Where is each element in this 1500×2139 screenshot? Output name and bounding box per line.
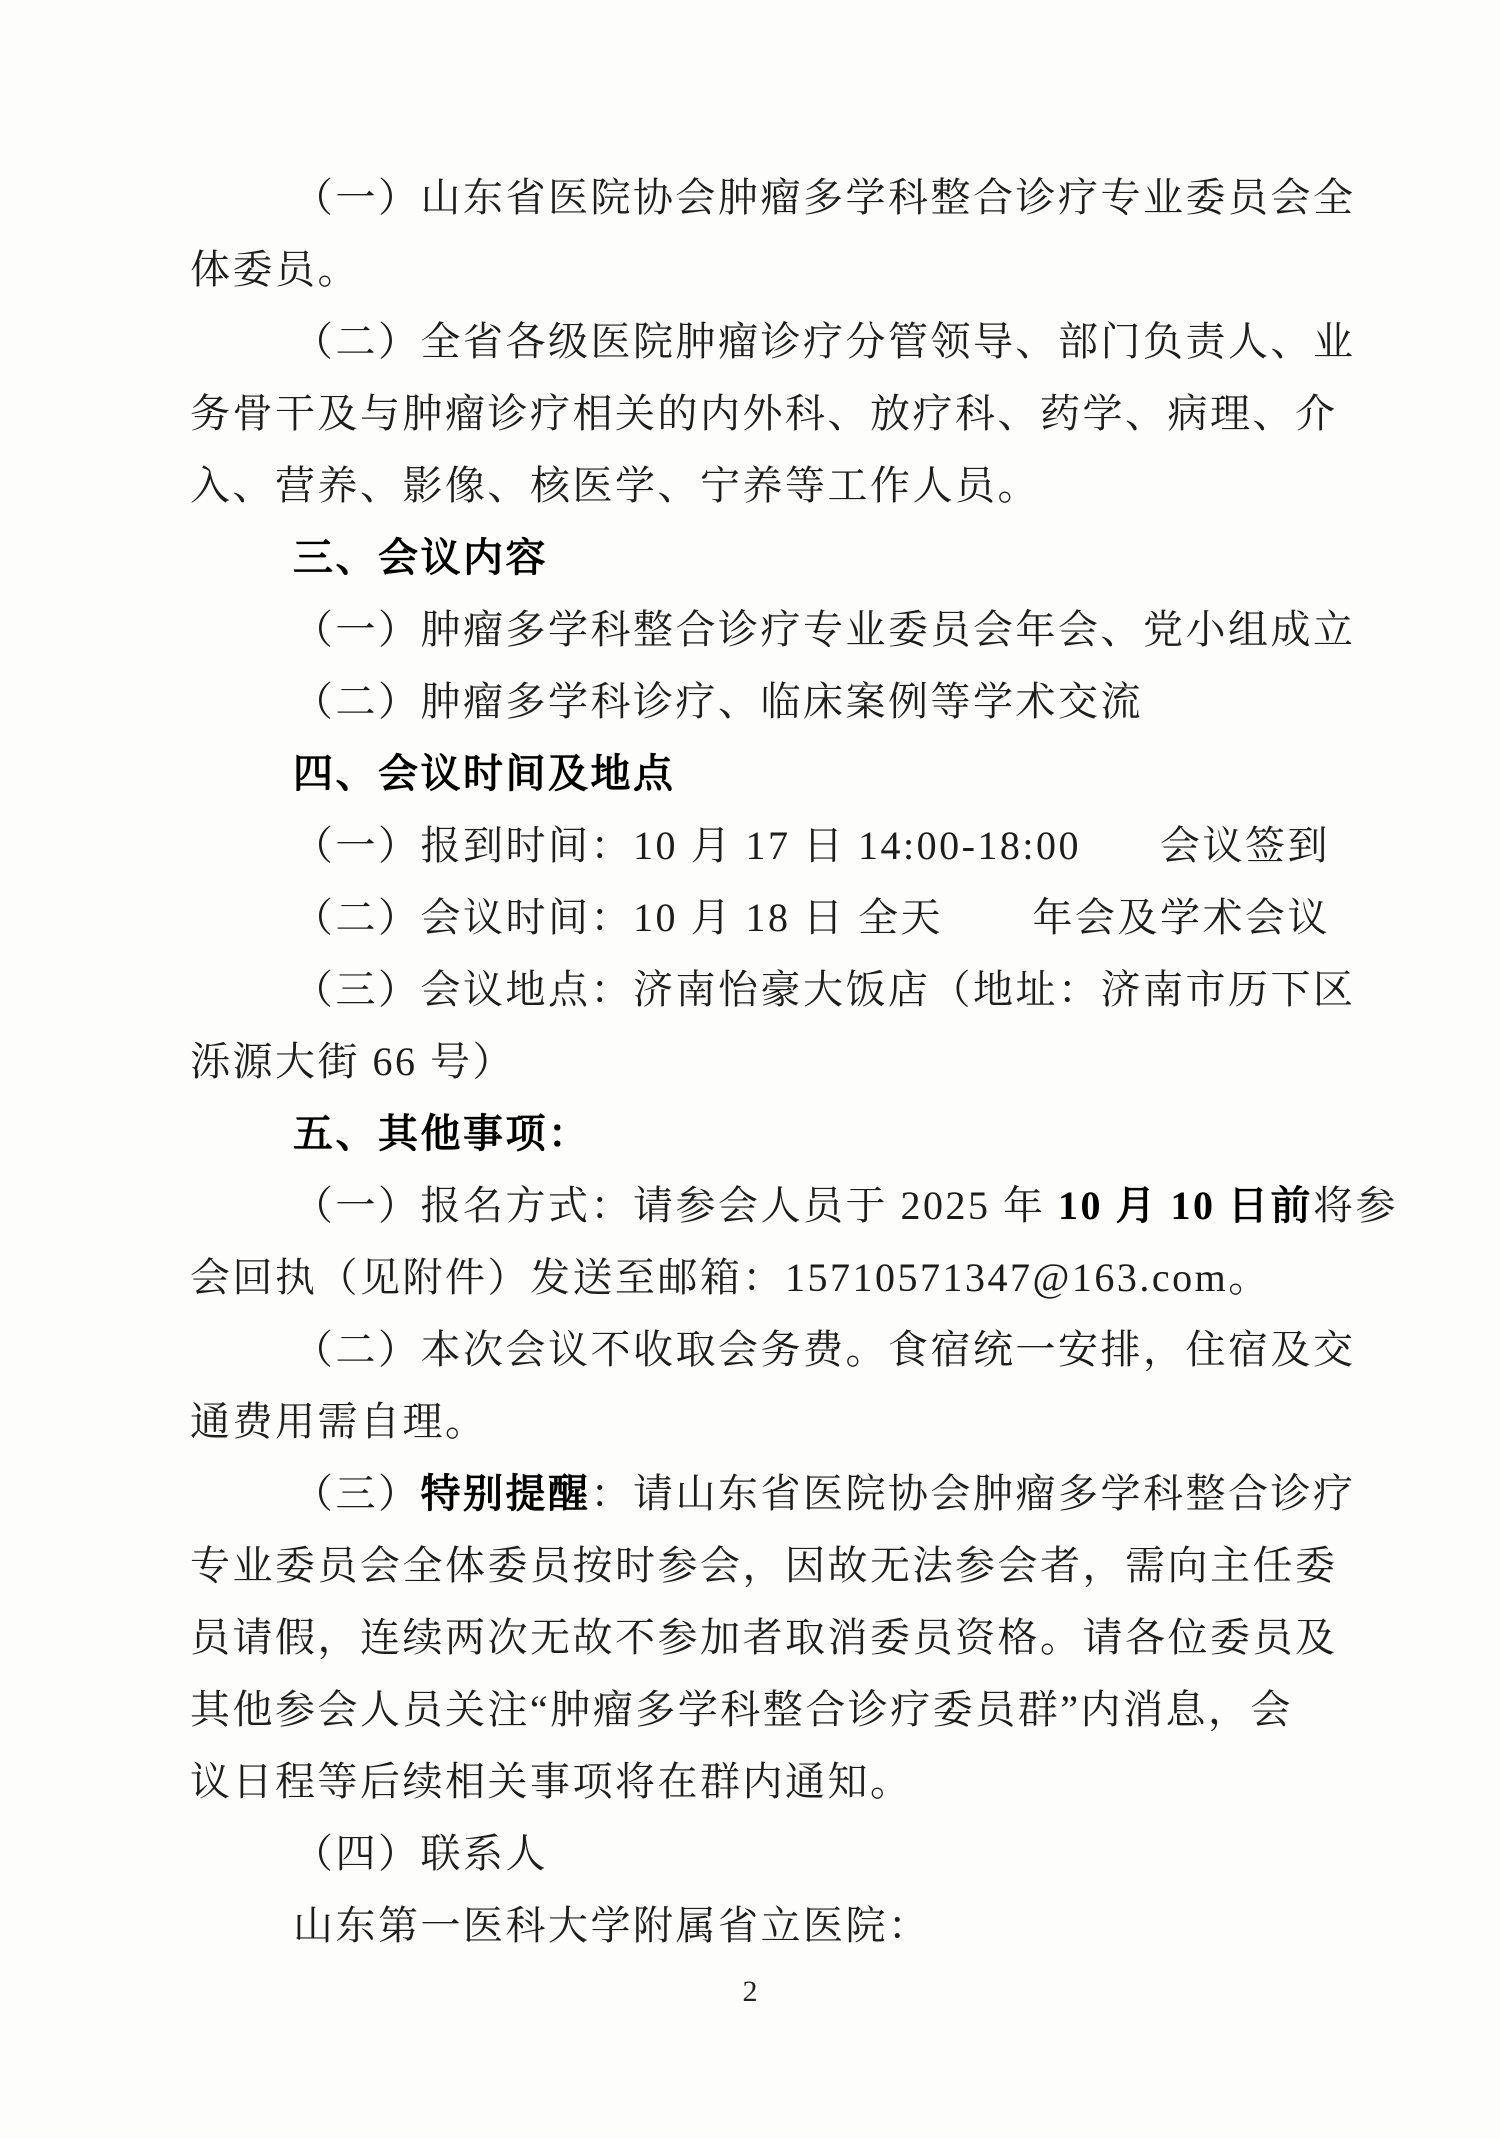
line-text: 四、会议时间及地点 bbox=[293, 752, 676, 796]
line-text: 通费用需自理。 bbox=[190, 1399, 488, 1444]
document-line: （二）本次会议不收取会务费。食宿统一安排，住宿及交 bbox=[190, 1314, 1330, 1386]
document-line: 体委员。 bbox=[190, 234, 1330, 306]
document-line: 务骨干及与肿瘤诊疗相关的内外科、放疗科、药学、病理、介 bbox=[190, 378, 1330, 450]
document-line: （二）肿瘤多学科诊疗、临床案例等学术交流 bbox=[190, 666, 1330, 738]
line-text: 特别提醒 bbox=[421, 1472, 591, 1516]
line-text: 泺源大街 66 号） bbox=[190, 1039, 515, 1084]
line-text: （一）肿瘤多学科整合诊疗专业委员会年会、党小组成立 bbox=[293, 607, 1356, 652]
document-line: 专业委员会全体委员按时参会，因故无法参会者，需向主任委 bbox=[190, 1530, 1330, 1602]
schedule-item-label: （一）报到时间：10 月 17 日 14:00-18:00 bbox=[293, 810, 1081, 882]
line-text: 员请假，连续两次无故不参加者取消委员资格。请各位委员及 bbox=[190, 1615, 1338, 1660]
line-text: （一）报名方式：请参会人员于 2025 年 bbox=[293, 1183, 1058, 1228]
line-text: 其他参会人员关注“肿瘤多学科整合诊疗委员群”内消息，会 bbox=[190, 1687, 1293, 1732]
document-page: （一）山东省医院协会肿瘤多学科整合诊疗专业委员会全体委员。（二）全省各级医院肿瘤… bbox=[0, 0, 1500, 2139]
document-body: （一）山东省医院协会肿瘤多学科整合诊疗专业委员会全体委员。（二）全省各级医院肿瘤… bbox=[190, 162, 1330, 1962]
document-line: 其他参会人员关注“肿瘤多学科整合诊疗委员群”内消息，会 bbox=[190, 1674, 1330, 1746]
document-line: （二）全省各级医院肿瘤诊疗分管领导、部门负责人、业 bbox=[190, 306, 1330, 378]
document-line: 泺源大街 66 号） bbox=[190, 1026, 1330, 1098]
line-text: （三） bbox=[293, 1471, 421, 1516]
schedule-item-note: 会议签到 bbox=[1160, 810, 1330, 882]
line-text: 将参 bbox=[1313, 1183, 1398, 1228]
line-text: （二）肿瘤多学科诊疗、临床案例等学术交流 bbox=[293, 679, 1143, 724]
document-line: 山东第一医科大学附属省立医院： bbox=[190, 1890, 1330, 1962]
document-line: （三）特别提醒：请山东省医院协会肿瘤多学科整合诊疗 bbox=[190, 1458, 1330, 1530]
line-text: （二）全省各级医院肿瘤诊疗分管领导、部门负责人、业 bbox=[293, 319, 1356, 364]
document-line: （三）会议地点：济南怡豪大饭店（地址：济南市历下区 bbox=[190, 954, 1330, 1026]
document-line: 通费用需自理。 bbox=[190, 1386, 1330, 1458]
line-text: 三、会议内容 bbox=[293, 536, 548, 580]
line-text: ：请山东省医院协会肿瘤多学科整合诊疗 bbox=[591, 1471, 1356, 1516]
document-line: （一）报到时间：10 月 17 日 14:00-18:00会议签到 bbox=[190, 810, 1330, 882]
document-line: （一）报名方式：请参会人员于 2025 年 10 月 10 日前将参 bbox=[190, 1170, 1330, 1242]
document-line: （一）肿瘤多学科整合诊疗专业委员会年会、党小组成立 bbox=[190, 594, 1330, 666]
line-text: （二）本次会议不收取会务费。食宿统一安排，住宿及交 bbox=[293, 1327, 1356, 1372]
line-text: 体委员。 bbox=[190, 247, 360, 292]
document-line: 员请假，连续两次无故不参加者取消委员资格。请各位委员及 bbox=[190, 1602, 1330, 1674]
line-text: 10 月 10 日前 bbox=[1058, 1183, 1313, 1228]
document-line: 入、营养、影像、核医学、宁养等工作人员。 bbox=[190, 450, 1330, 522]
line-text: 山东第一医科大学附属省立医院： bbox=[293, 1903, 931, 1948]
line-text: （三）会议地点：济南怡豪大饭店（地址：济南市历下区 bbox=[293, 967, 1356, 1012]
schedule-item-label: （二）会议时间：10 月 18 日 全天 bbox=[293, 882, 943, 954]
line-text: 会回执（见附件）发送至邮箱：15710571347@163.com。 bbox=[190, 1255, 1271, 1300]
line-text: 五、其他事项： bbox=[293, 1112, 591, 1156]
line-text: 专业委员会全体委员按时参会，因故无法参会者，需向主任委 bbox=[190, 1543, 1338, 1588]
line-text: 入、营养、影像、核医学、宁养等工作人员。 bbox=[190, 463, 1040, 508]
line-text: （四）联系人 bbox=[293, 1831, 548, 1876]
document-line: 议日程等后续相关事项将在群内通知。 bbox=[190, 1746, 1330, 1818]
document-line: 四、会议时间及地点 bbox=[190, 738, 1330, 810]
document-line: （一）山东省医院协会肿瘤多学科整合诊疗专业委员会全 bbox=[190, 162, 1330, 234]
schedule-item-note: 年会及学术会议 bbox=[1033, 882, 1331, 954]
document-line: （二）会议时间：10 月 18 日 全天年会及学术会议 bbox=[190, 882, 1330, 954]
document-line: 会回执（见附件）发送至邮箱：15710571347@163.com。 bbox=[190, 1242, 1330, 1314]
line-text: 议日程等后续相关事项将在群内通知。 bbox=[190, 1759, 913, 1804]
line-text: 务骨干及与肿瘤诊疗相关的内外科、放疗科、药学、病理、介 bbox=[190, 391, 1338, 436]
document-line: 五、其他事项： bbox=[190, 1098, 1330, 1170]
line-text: （一）山东省医院协会肿瘤多学科整合诊疗专业委员会全 bbox=[293, 175, 1356, 220]
page-number: 2 bbox=[0, 1972, 1500, 2012]
document-line: （四）联系人 bbox=[190, 1818, 1330, 1890]
document-line: 三、会议内容 bbox=[190, 522, 1330, 594]
